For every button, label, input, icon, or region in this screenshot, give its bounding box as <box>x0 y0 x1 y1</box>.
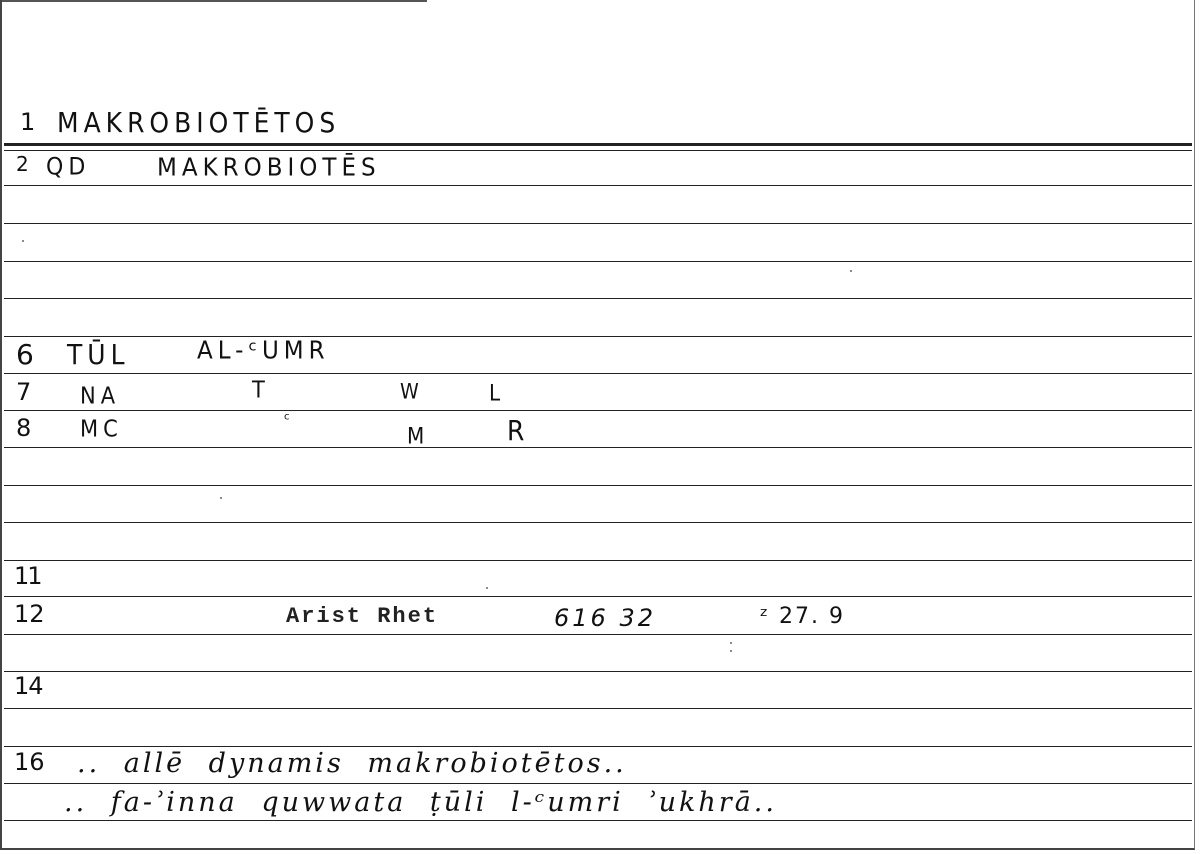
line-number: 11 <box>14 562 41 590</box>
line-number: 7 <box>16 378 31 406</box>
rule-line <box>4 223 1192 224</box>
arabic-caps-word: TŪL <box>67 339 130 371</box>
root-letter: L <box>489 380 505 406</box>
rule-line <box>4 185 1192 186</box>
rule-line <box>4 447 1192 448</box>
rule-line <box>4 143 1192 146</box>
root-letter: M <box>407 423 429 449</box>
rule-line <box>4 485 1192 486</box>
rule-line <box>4 634 1192 635</box>
abbreviation: QD <box>46 154 90 182</box>
rule-line <box>4 708 1192 709</box>
greek-quotation: .. allē dynamis makrobiotētos.. <box>77 748 627 779</box>
secondary-reference: ᶻ 27. 9 <box>760 604 845 629</box>
root-letters: MC <box>80 416 123 442</box>
arabic-quotation: .. fa-ʾinna quwwata ṭūli l-ᶜumri ʾukhrā.… <box>64 787 777 818</box>
rule-line <box>4 373 1192 374</box>
bekker-reference: 616 32 <box>554 604 656 632</box>
rule-line <box>4 150 1192 151</box>
base-word: MAKROBIOTĒS <box>157 154 381 183</box>
line-number: 14 <box>14 672 43 700</box>
rule-line <box>4 298 1192 299</box>
root-letters: NA <box>80 383 120 409</box>
ink-speck <box>22 240 24 242</box>
rule-line <box>4 522 1192 523</box>
rule-line <box>4 560 1192 561</box>
rule-line <box>4 336 1192 337</box>
index-card: 1 MAKROBIOTĒTOS 2 QD MAKROBIOTĒS 6 TŪL A… <box>0 0 1195 850</box>
root-letter: ᶜ <box>284 409 295 430</box>
rule-line <box>4 261 1192 262</box>
headword: MAKROBIOTĒTOS <box>57 107 340 139</box>
ink-speck <box>220 497 222 499</box>
arabic-caps-word: AL-ᶜUMR <box>197 337 330 366</box>
line-number: 2 <box>16 152 29 176</box>
rule-line <box>4 783 1192 784</box>
line-number: 8 <box>16 414 31 442</box>
line-number: 6 <box>16 338 34 371</box>
source-reference: Arist Rhet <box>286 604 438 629</box>
line-number: 1 <box>20 108 35 136</box>
ink-speck <box>486 587 488 589</box>
rule-line <box>4 596 1192 597</box>
rule-line <box>4 746 1192 747</box>
ink-speck <box>730 642 732 644</box>
root-letter: W <box>400 380 424 404</box>
root-letter: T <box>252 377 270 403</box>
rule-line <box>4 820 1192 821</box>
line-number: 12 <box>14 600 45 628</box>
card-top-edge <box>2 0 427 2</box>
line-number: 16 <box>14 748 45 776</box>
rule-line <box>4 410 1192 411</box>
ink-speck <box>850 270 852 272</box>
root-letter: R <box>507 415 529 447</box>
rule-line <box>4 671 1192 672</box>
ink-speck <box>730 650 732 652</box>
